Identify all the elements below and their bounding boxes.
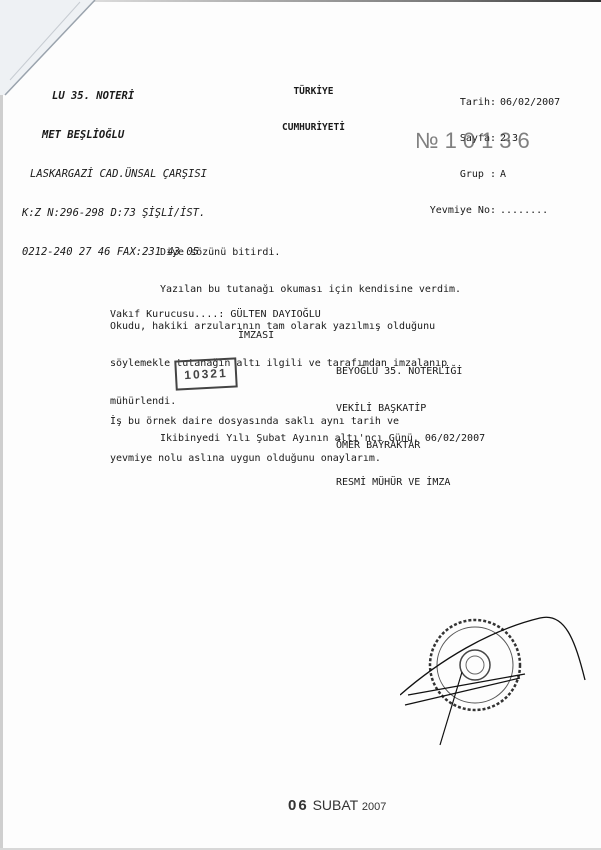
confirmation-line: İş bu örnek daire dosyasında saklı aynı … bbox=[110, 416, 399, 428]
date-label: Tarih: bbox=[414, 97, 496, 109]
header-line: MET BEŞLİOĞLU bbox=[22, 129, 207, 142]
title-line: TÜRKİYE bbox=[282, 86, 345, 98]
signature-label: İMZASI bbox=[238, 330, 274, 341]
body-line: Diye sözünü bitirdi. bbox=[110, 247, 485, 259]
official-seal-icon bbox=[400, 600, 601, 750]
document-page: LU 35. NOTERİ MET BEŞLİOĞLU LASKARGAZİ C… bbox=[0, 0, 601, 850]
date-value: 06/02/2007 bbox=[500, 97, 560, 109]
header-line: LU 35. NOTERİ bbox=[22, 90, 207, 103]
date-stamp-month: SUBAT bbox=[313, 797, 358, 813]
journal-number-stamp: №10136 bbox=[415, 128, 536, 154]
journal-value: ........ bbox=[500, 205, 548, 217]
date-stamp-day: 06 bbox=[288, 797, 309, 814]
header-line: LASKARGAZİ CAD.ÜNSAL ÇARŞISI bbox=[22, 168, 207, 181]
founder-label: Vakıf Kurucusu....: bbox=[110, 309, 224, 320]
journal-label: Yevmiye No: bbox=[414, 205, 496, 217]
document-meta: Tarih:06/02/2007 Sayfa:2.3 Grup :A Yevmi… bbox=[414, 73, 560, 241]
fee-stamp: 10321 bbox=[174, 357, 237, 390]
notary-line: BEYOĞLU 35. NOTERLİĞİ bbox=[336, 366, 462, 378]
page-top-edge bbox=[80, 0, 601, 2]
title-line: CUMHURİYETİ bbox=[282, 122, 345, 134]
group-value: A bbox=[500, 169, 506, 181]
page-left-edge bbox=[0, 0, 3, 850]
header-line: K:Z N:296-298 D:73 ŞİŞLİ/İST. bbox=[22, 207, 207, 220]
body-line: Yazılan bu tutanağı okuması için kendisi… bbox=[110, 284, 485, 296]
confirmation-text: İş bu örnek daire dosyasında saklı aynı … bbox=[110, 391, 399, 490]
founder-line: Vakıf Kurucusu....: GÜLTEN DAYIOĞLU bbox=[110, 309, 321, 320]
republic-title: TÜRKİYE CUMHURİYETİ bbox=[282, 62, 345, 158]
body-line: Okudu, hakiki arzularının tam olarak yaz… bbox=[110, 321, 485, 333]
group-label: Grup : bbox=[414, 169, 496, 181]
founder-name: GÜLTEN DAYIOĞLU bbox=[230, 309, 320, 320]
confirmation-line: yevmiye nolu aslına uygun olduğunu onayl… bbox=[110, 453, 399, 465]
date-stamp-year: 2007 bbox=[362, 801, 386, 813]
date-stamp: 06 SUBAT 2007 bbox=[288, 797, 386, 814]
